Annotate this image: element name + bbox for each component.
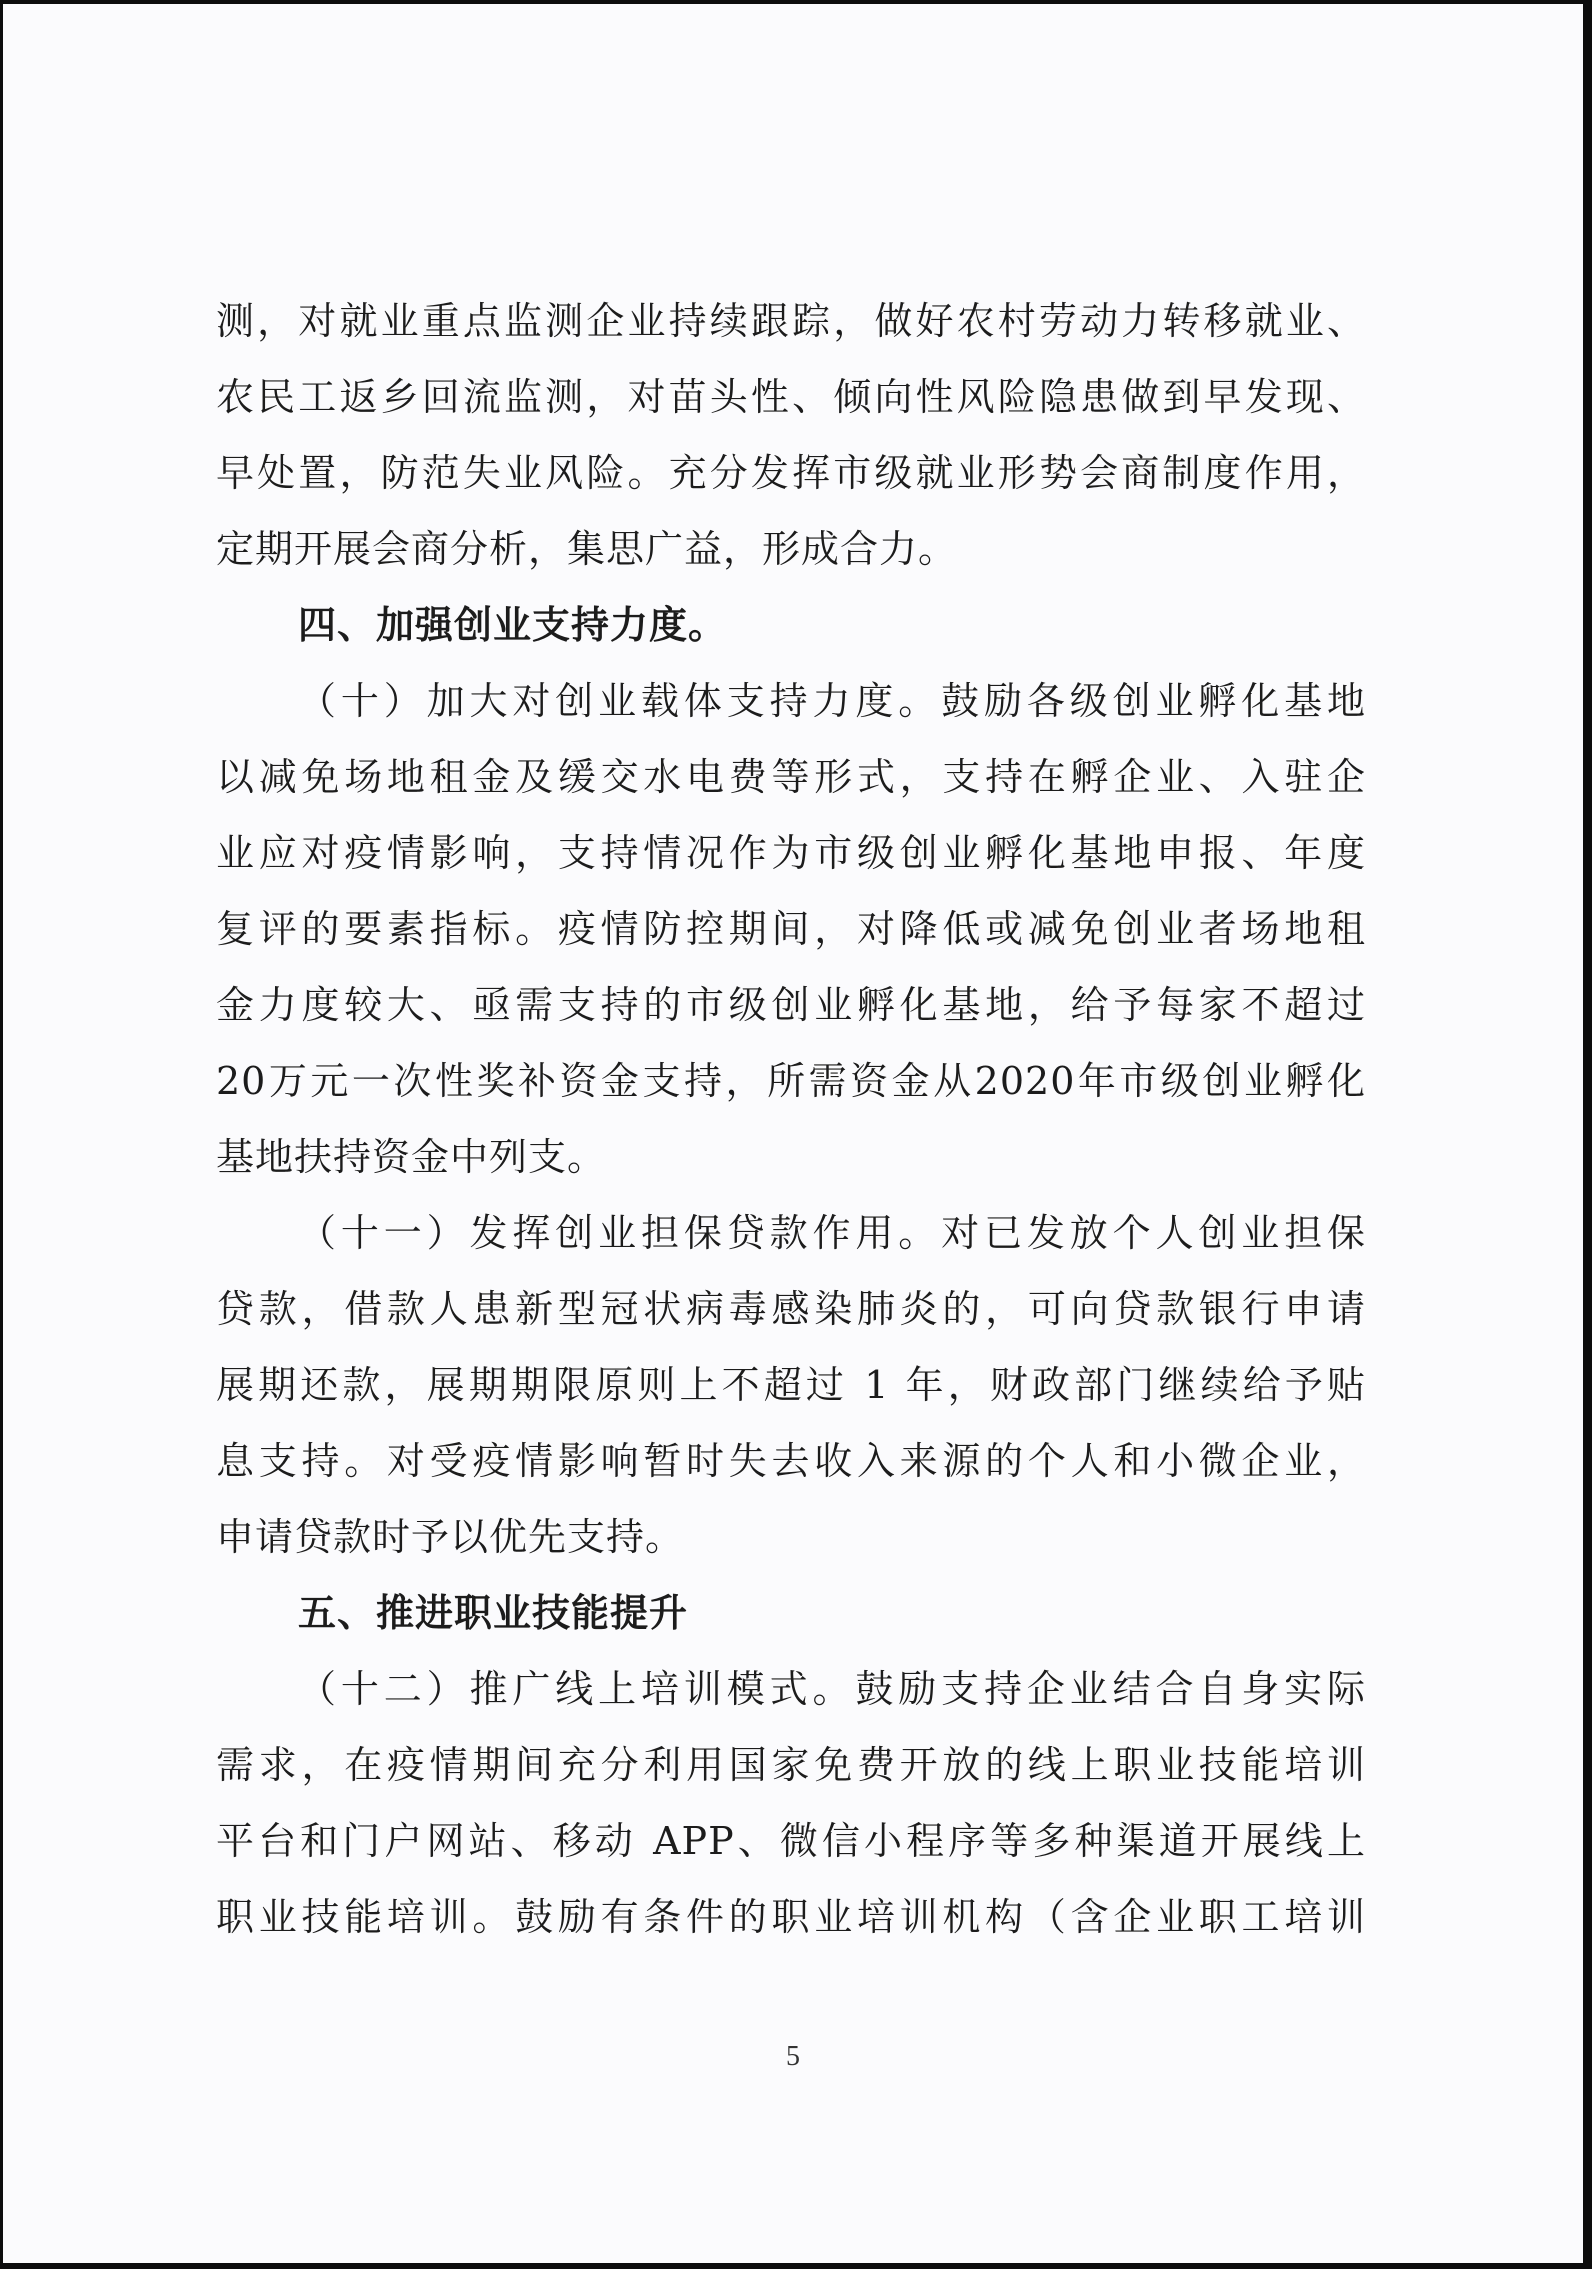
paragraph-line: 早处置，防范失业风险。充分发挥市级就业形势会商制度作用，: [216, 448, 1366, 498]
paragraph-line: 金力度较大、亟需支持的市级创业孵化基地，给予每家不超过: [216, 980, 1366, 1030]
paragraph-line: 定期开展会商分析，集思广益，形成合力。: [216, 524, 957, 574]
paragraph-line: 息支持。对受疫情影响暂时失去收入来源的个人和小微企业，: [216, 1436, 1366, 1486]
paragraph-line: （十二）推广线上培训模式。鼓励支持企业结合自身实际: [298, 1664, 1366, 1714]
document-page: 测，对就业重点监测企业持续跟踪，做好农村劳动力转移就业、农民工返乡回流监测，对苗…: [3, 4, 1583, 2263]
paragraph-line: （十一）发挥创业担保贷款作用。对已发放个人创业担保: [298, 1208, 1366, 1258]
paragraph-line: 业应对疫情影响，支持情况作为市级创业孵化基地申报、年度: [216, 828, 1366, 878]
section-heading: 五、推进职业技能提升: [298, 1588, 688, 1638]
paragraph-line: 基地扶持资金中列支。: [216, 1132, 606, 1182]
paragraph-line: 农民工返乡回流监测，对苗头性、倾向性风险隐患做到早发现、: [216, 372, 1366, 422]
paragraph-line: 20万元一次性奖补资金支持，所需资金从2020年市级创业孵化: [216, 1056, 1366, 1106]
paragraph-line: （十）加大对创业载体支持力度。鼓励各级创业孵化基地: [298, 676, 1366, 726]
paragraph-line: 以减免场地租金及缓交水电费等形式，支持在孵企业、入驻企: [216, 752, 1366, 802]
paragraph-line: 平台和门户网站、移动 APP、微信小程序等多种渠道开展线上: [216, 1816, 1366, 1866]
paragraph-line: 测，对就业重点监测企业持续跟踪，做好农村劳动力转移就业、: [216, 296, 1366, 346]
paragraph-line: 职业技能培训。鼓励有条件的职业培训机构（含企业职工培训: [216, 1892, 1366, 1942]
paragraph-line: 展期还款，展期期限原则上不超过 1 年，财政部门继续给予贴: [216, 1360, 1366, 1410]
paragraph-line: 申请贷款时予以优先支持。: [216, 1512, 684, 1562]
page-number: 5: [3, 2041, 1583, 2073]
paragraph-line: 需求，在疫情期间充分利用国家免费开放的线上职业技能培训: [216, 1740, 1366, 1790]
paragraph-line: 复评的要素指标。疫情防控期间，对降低或减免创业者场地租: [216, 904, 1366, 954]
section-heading: 四、加强创业支持力度。: [298, 600, 727, 650]
paragraph-line: 贷款，借款人患新型冠状病毒感染肺炎的，可向贷款银行申请: [216, 1284, 1366, 1334]
